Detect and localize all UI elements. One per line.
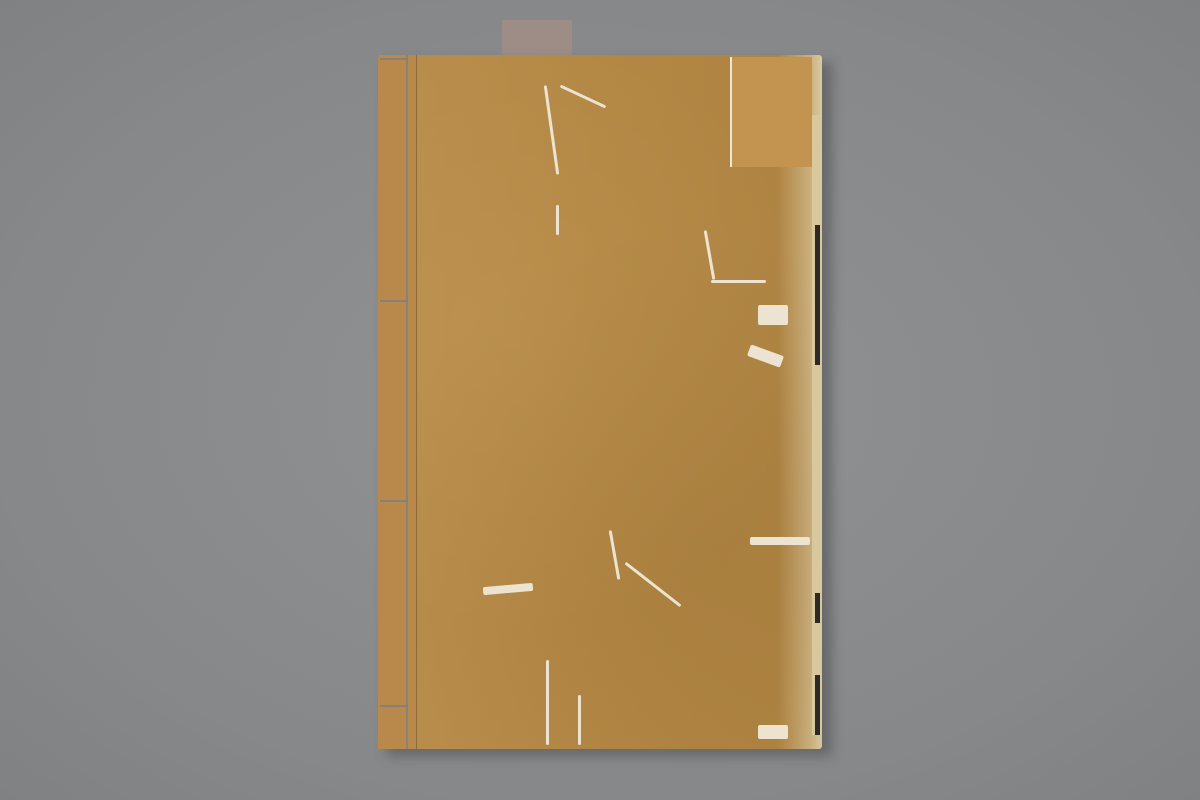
binding-stitch: [380, 500, 408, 502]
edge-text-mark: [815, 675, 820, 735]
damage-patch: [758, 305, 788, 325]
damage-patch: [758, 725, 788, 739]
binding-stitch: [380, 58, 408, 60]
damage-crack: [546, 660, 549, 745]
binding-stitch: [380, 705, 408, 707]
edge-text-mark: [815, 593, 820, 623]
book-spine: [378, 55, 417, 749]
page-edge: [812, 115, 822, 735]
damage-patch: [750, 537, 810, 545]
book-cover: [378, 55, 822, 749]
binding-thread: [406, 55, 408, 749]
paper-label-tab: [502, 20, 572, 58]
damage-crack: [711, 280, 766, 283]
binding-stitch: [380, 300, 408, 302]
torn-corner-patch: [730, 57, 812, 167]
damage-crack: [556, 205, 559, 235]
damage-crack: [578, 695, 581, 745]
edge-text-mark: [815, 225, 820, 365]
